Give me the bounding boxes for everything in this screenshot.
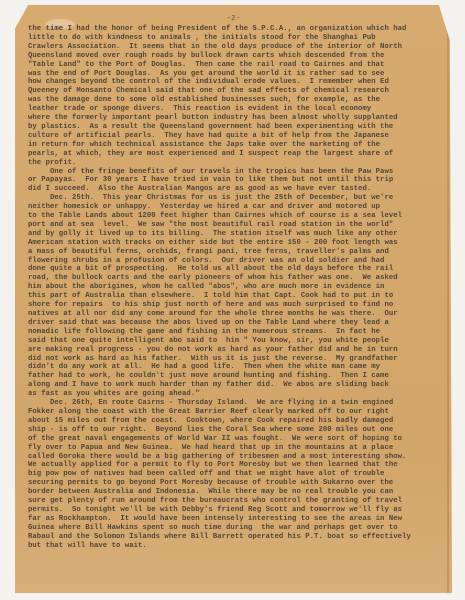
text-line: and by golly it lived up to its billing.…: [28, 230, 448, 239]
text-line: securing permits to go beyond Port Mores…: [28, 479, 448, 488]
text-line: didn't do any work at all. He had a good…: [28, 363, 448, 372]
text-line: father had to work, he couldn't just mov…: [28, 372, 448, 381]
text-line: Rabaul and the Solomon Islands where Bil…: [28, 533, 448, 542]
text-line: called Goroka there would be a big gathe…: [28, 453, 448, 462]
text-line: little to do with kindness to animals , …: [28, 34, 448, 43]
text-line: Guinea where Bill Hawkins spent so much …: [28, 524, 448, 533]
text-line: Queensland moved over rough roads by bul…: [28, 52, 448, 61]
text-line: American station with tracks on either s…: [28, 239, 448, 248]
text-line: neither homesick or unhappy. Yesterday w…: [28, 203, 448, 212]
text-line: or Papayas. For 30 years I have tried in…: [28, 176, 448, 185]
text-line: to the Table Lands about 1200 feet highe…: [28, 212, 448, 221]
text-line: Queeney of Monsanto Chemical said that o…: [28, 87, 448, 96]
text-line: "Table Land" to the Port of Douglas. The…: [28, 61, 448, 70]
text-line: about 15 miles out from the coast. Cookt…: [28, 417, 448, 426]
text-line: far as Rockhampton. It would have been i…: [28, 515, 448, 524]
text-line: One of the fringe benefits of our travel…: [28, 168, 448, 177]
text-line: are making real progress - you do not wo…: [28, 346, 448, 355]
text-line: pearls, at which, they are most experien…: [28, 150, 448, 159]
text-line: Crawlers Association. It seems that in t…: [28, 43, 448, 52]
text-line: Dec. 26th, En route Cairns - Thursday Is…: [28, 399, 448, 408]
text-line: him about the aborigines, whom he called…: [28, 283, 448, 292]
text-line: sure get plenty of run around from the b…: [28, 497, 448, 506]
text-line: ship - is off to our right. Beyond lies …: [28, 426, 448, 435]
text-line: as fast as you whites are going ahead.": [28, 390, 448, 399]
text-line: this part of Australia than elsewhere. I…: [28, 292, 448, 301]
text-line: permits. So tonight we'll be with Debby'…: [28, 506, 448, 515]
text-line: shore for repairs to his ship just north…: [28, 301, 448, 310]
text-line: a mass of beautiful ferns, orchids, fran…: [28, 248, 448, 257]
document-body: the time I had the honor of being Presid…: [28, 25, 448, 550]
text-line: did I succeed. Also the Australian Mango…: [28, 185, 448, 194]
text-line: big pow pow of natives had been called o…: [28, 470, 448, 479]
text-line: the profit.: [28, 159, 448, 168]
text-line: flowering shrubs in a profusion of color…: [28, 257, 448, 266]
text-line: where the formerly important pearl butto…: [28, 114, 448, 123]
text-line: said that one quite intelligent abo said…: [28, 337, 448, 346]
text-line: along and I have to work much harder tha…: [28, 381, 448, 390]
text-line: border between Australia and Indonesia. …: [28, 488, 448, 497]
text-line: road, the bullock carts and the early pi…: [28, 274, 448, 283]
text-line: culture of artificial pearls. They have …: [28, 132, 448, 141]
text-line: natives at all nor did any come around f…: [28, 310, 448, 319]
text-line: was the damage done to some old establis…: [28, 96, 448, 105]
text-line: Dec. 25th. This year Christmas for us is…: [28, 194, 448, 203]
text-line: of the great naval engagements of World …: [28, 435, 448, 444]
page-number: -2-: [15, 15, 452, 23]
text-line: We actually applied for a permit to fly …: [28, 461, 448, 470]
text-line: was the end of Port Douglas. As you get …: [28, 70, 448, 79]
text-line: did not work as hard as his father. With…: [28, 355, 448, 364]
text-line: port and at sea level. We saw "the most …: [28, 221, 448, 230]
text-line: driver said that was because the abos li…: [28, 319, 448, 328]
text-line: done quite a bit of prospecting. He told…: [28, 265, 448, 274]
text-line: the time I had the honor of being Presid…: [28, 25, 448, 34]
text-line: in return for which technical assistance…: [28, 141, 448, 150]
text-line: nomadic life following the game and fish…: [28, 328, 448, 337]
text-line: how changes beyond the control of the in…: [28, 78, 448, 87]
text-line: leather trade or sponge divers. This rea…: [28, 105, 448, 114]
typewritten-page: -2- the time I had the honor of being Pr…: [15, 5, 452, 593]
text-line: fly over to Papua and New Guinea. We had…: [28, 444, 448, 453]
text-line: Fokker along the coast with the Great Ba…: [28, 408, 448, 417]
text-line: but that will have to wait.: [28, 542, 448, 551]
text-line: by plastics. As a result the Queensland …: [28, 123, 448, 132]
